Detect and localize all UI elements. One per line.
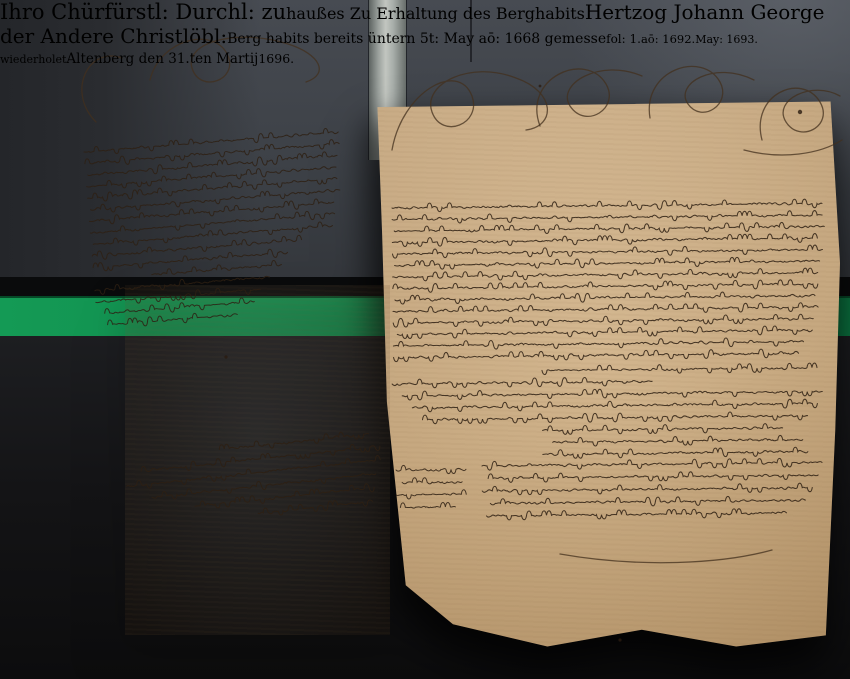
handwriting-line: [392, 234, 817, 247]
handwriting-line: [90, 186, 340, 214]
text-closing-line: Altenberg den 31.ten Martij: [66, 51, 258, 67]
handwriting-line: [490, 496, 805, 508]
handwriting-line: [396, 490, 466, 499]
handwriting-line: [87, 151, 337, 179]
handwriting-layer: [0, 0, 850, 679]
legible-text-layer: Ihro Chürfürstl: Durchl: zuhaußes Zu Erh…: [0, 0, 850, 67]
handwriting-line: [152, 469, 377, 501]
handwriting-line: [402, 387, 822, 400]
handwriting-line: [395, 257, 820, 270]
handwriting-line: [219, 429, 369, 453]
handwriting-line: [543, 447, 808, 458]
handwriting-line: [85, 139, 340, 168]
ink-speck: [618, 638, 621, 641]
handwriting-line: [482, 483, 812, 495]
handwriting-block-rp-mid: [392, 363, 823, 460]
handwriting-line: [542, 363, 817, 375]
manuscript-photo-scene: Ihro Chürfürstl: Durchl: zuhaußes Zu Erh…: [0, 0, 850, 679]
handwriting-line: [151, 260, 281, 276]
handwriting-block-lp-lower: [123, 428, 386, 530]
handwriting-line: [543, 423, 783, 434]
handwriting-line: [392, 210, 822, 223]
flourish-swirls: [82, 37, 842, 563]
handwriting-line: [107, 310, 237, 329]
handwriting-block-lp-body: [84, 128, 353, 330]
handwriting-line: [486, 508, 786, 520]
handwriting-line: [392, 199, 822, 212]
ink-speck: [539, 85, 542, 88]
handwriting-line: [392, 377, 652, 388]
handwriting-line: [93, 221, 333, 248]
handwriting-line: [394, 222, 824, 235]
handwriting-line: [89, 198, 334, 226]
handwriting-block-rp-left-stubs: [396, 465, 466, 509]
text-lp-heading-1: Ihro Chürfürstl: Durchl: zu: [0, 0, 286, 24]
handwriting-line: [195, 483, 375, 510]
text-year-1692: aō: 1692.: [641, 32, 695, 46]
handwriting-line: [393, 268, 818, 281]
handwriting-line: [95, 273, 270, 295]
handwriting-line: [258, 497, 373, 518]
handwriting-line: [553, 435, 803, 446]
handwriting-line: [84, 128, 339, 157]
handwriting-line: [393, 314, 813, 327]
handwriting-line: [393, 337, 803, 350]
text-year-1696: 1696.: [258, 51, 294, 66]
handwriting-line: [393, 303, 818, 316]
handwriting-line: [488, 470, 818, 482]
handwriting-line: [92, 235, 302, 260]
handwriting-line: [482, 458, 822, 470]
handwriting-line: [86, 163, 336, 191]
handwriting-block-rp-right-col: [482, 458, 823, 520]
ink-speck: [798, 110, 802, 114]
handwriting-line: [392, 245, 822, 258]
text-rp-heading-2: Berg habits bereits üntern 5t: May aō: 1…: [227, 31, 606, 47]
text-lp-heading-2: haußes Zu Erhaltung des Berghabits: [286, 4, 585, 23]
handwriting-line: [412, 399, 817, 412]
ink-speck: [224, 355, 227, 358]
handwriting-line: [397, 326, 812, 339]
handwriting-line: [393, 280, 818, 293]
handwriting-line: [141, 442, 381, 476]
handwriting-line: [422, 411, 807, 424]
handwriting-line: [394, 349, 799, 362]
handwriting-line: [396, 465, 466, 474]
handwriting-block-rp-body: [392, 199, 826, 362]
text-folio-mark: fol: 1.: [606, 32, 641, 46]
handwriting-line: [395, 291, 815, 304]
handwriting-line: [402, 477, 462, 484]
handwriting-line: [400, 502, 455, 508]
